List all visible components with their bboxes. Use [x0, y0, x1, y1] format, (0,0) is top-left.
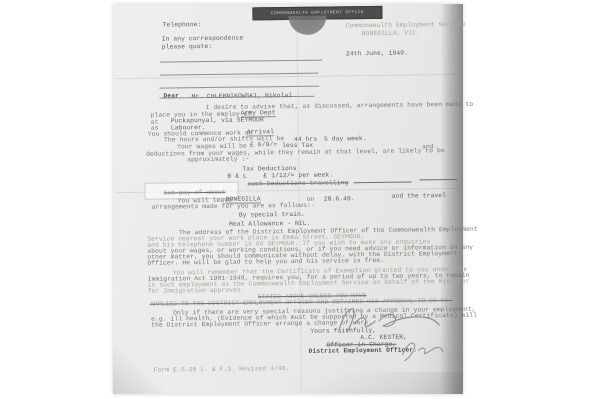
- quote-label-line2: please quote:: [162, 43, 213, 51]
- wages-value: £ 6/9/=: [250, 141, 277, 148]
- letter-content: COMMONWEALTH EMPLOYMENT OFFICE Telephone…: [0, 0, 599, 399]
- struck-pay-line: 1st pay of about: [164, 189, 226, 197]
- scanned-letter-photo: COMMONWEALTH EMPLOYMENT OFFICE Telephone…: [0, 0, 599, 399]
- leave-date: 28.6.49.: [324, 195, 355, 202]
- approx-line: approximately :-: [187, 156, 249, 164]
- office-location: BONEGILLA, VIC.: [362, 29, 420, 37]
- strike-mark: [353, 182, 411, 184]
- struck-deduction-line: such Deductions travelling: [247, 179, 348, 187]
- deo-paragraph-line: Officer. He will be glad to help you and…: [147, 257, 384, 267]
- addressee-name: Mr. CHLEBNIKOWSKI, Nikolai: [191, 92, 292, 100]
- week-value: 5 day week.: [324, 135, 367, 143]
- signature-ink: [333, 300, 443, 335]
- tax-bl-label: B & L: [227, 173, 246, 180]
- exemption-paragraph-line: for Immigration approves.: [148, 287, 245, 295]
- telephone-label: Telephone:: [163, 21, 202, 28]
- leave-suffix: and the travel: [392, 192, 446, 200]
- strike-mark: [419, 179, 457, 180]
- meal-allowance: Meal Allowance - NIL.: [229, 220, 311, 228]
- initials-ink: [398, 336, 446, 363]
- vertical-fold-crease: [296, 8, 302, 390]
- work-place-value: Puckapunyal, via SEYMOUR: [171, 116, 264, 124]
- travel-mode: By special train.: [239, 211, 305, 219]
- tax-bl-value: £ 1/12/= per week.: [263, 171, 333, 179]
- office-name: Commonwealth Employment Service: [346, 21, 466, 29]
- salutation-dear: Dear: [163, 92, 179, 99]
- reference-blank-line: [159, 86, 319, 89]
- letter-date: 24th June, 1949.: [346, 50, 408, 58]
- round-stamp-partial: [285, 16, 329, 39]
- quote-label-line1: In any correspondence: [162, 35, 244, 43]
- arrangements-line: arrangements made for you are as follows…: [152, 202, 315, 211]
- form-reference: Form E.S.20 L. & F.S. Revised 4/49.: [154, 365, 290, 374]
